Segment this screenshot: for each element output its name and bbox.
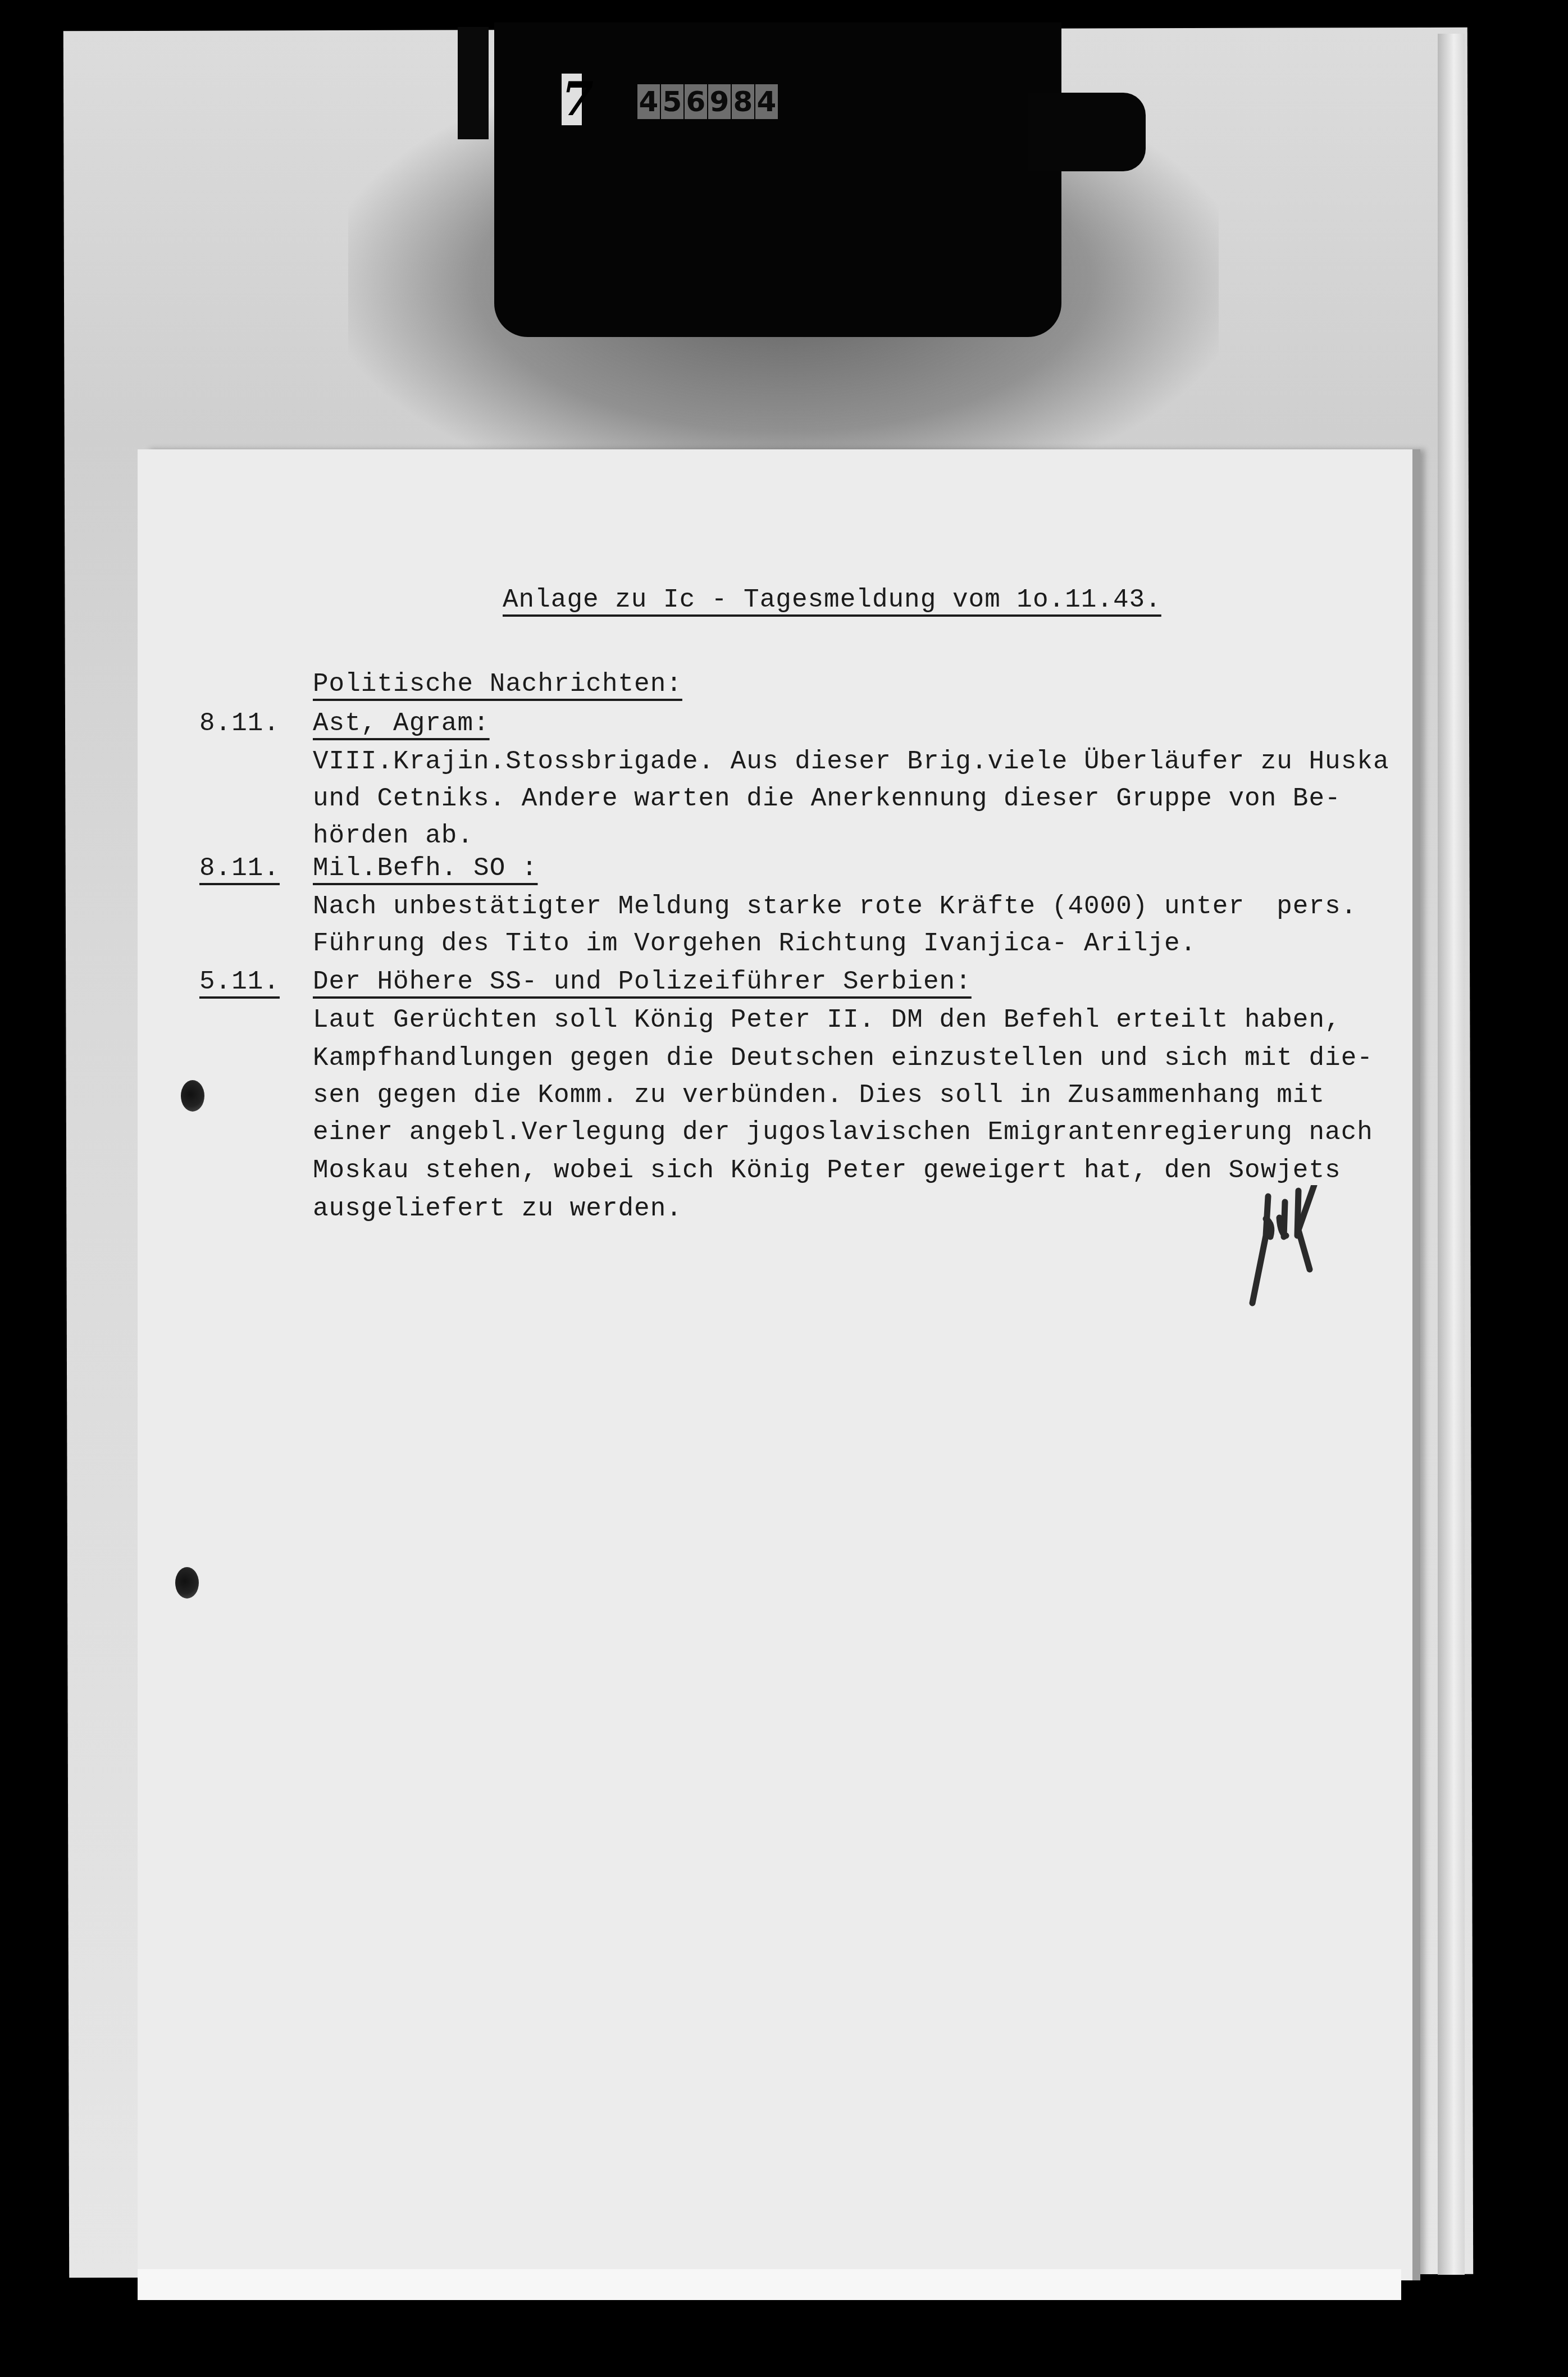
entry-line: ausgeliefert zu werden. (313, 1194, 682, 1223)
entry-date: 8.11. (199, 709, 280, 738)
folder-edge (1438, 34, 1465, 2275)
entry-source: Ast, Agram: (313, 709, 490, 738)
clamp-arm (458, 27, 489, 139)
entry-line: einer angebl.Verlegung der jugoslavische… (313, 1118, 1373, 1147)
frame-number: 4 5 6 9 8 4 (637, 84, 778, 119)
numbering-stamp-clamp (494, 22, 1061, 337)
entry-date: 8.11. (199, 854, 280, 883)
signature-initials (1247, 1185, 1320, 1314)
entry-date: 5.11. (199, 967, 280, 996)
frame-digit: 4 (637, 84, 660, 119)
frame-digit: 5 (661, 84, 683, 119)
entry-line: Nach unbestätigter Meldung starke rote K… (313, 892, 1357, 921)
entry-line: VIII.Krajin.Stossbrigade. Aus dieser Bri… (313, 747, 1389, 776)
section-heading: Politische Nachrichten: (313, 670, 682, 699)
entry-line: und Cetniks. Andere warten die Anerkennu… (313, 784, 1341, 813)
frame-digit: 4 (755, 84, 778, 119)
document-title: Anlage zu Ic - Tagesmeldung vom 1o.11.43… (503, 585, 1161, 614)
frame-digit: 6 (685, 84, 707, 119)
frame-number-prefix: 7 (562, 74, 582, 125)
frame-digit: 9 (708, 84, 731, 119)
punch-hole (181, 1080, 204, 1112)
entry-source: Mil.Befh. SO : (313, 854, 537, 883)
entry-source: Der Höhere SS- und Polizeiführer Serbien… (313, 967, 972, 996)
entry-line: Führung des Tito im Vorgehen Richtung Iv… (313, 929, 1196, 958)
punch-hole (175, 1567, 199, 1599)
frame-digit: 8 (732, 84, 754, 119)
sheet-bottom-edge (138, 2269, 1401, 2300)
entry-line: sen gegen die Komm. zu verbünden. Dies s… (313, 1081, 1325, 1110)
entry-line: hörden ab. (313, 821, 473, 850)
entry-line: Kampfhandlungen gegen die Deutschen einz… (313, 1044, 1373, 1073)
entry-line: Moskau stehen, wobei sich König Peter ge… (313, 1156, 1341, 1185)
clamp-knob (1028, 93, 1146, 171)
entry-line: Laut Gerüchten soll König Peter II. DM d… (313, 1005, 1341, 1035)
